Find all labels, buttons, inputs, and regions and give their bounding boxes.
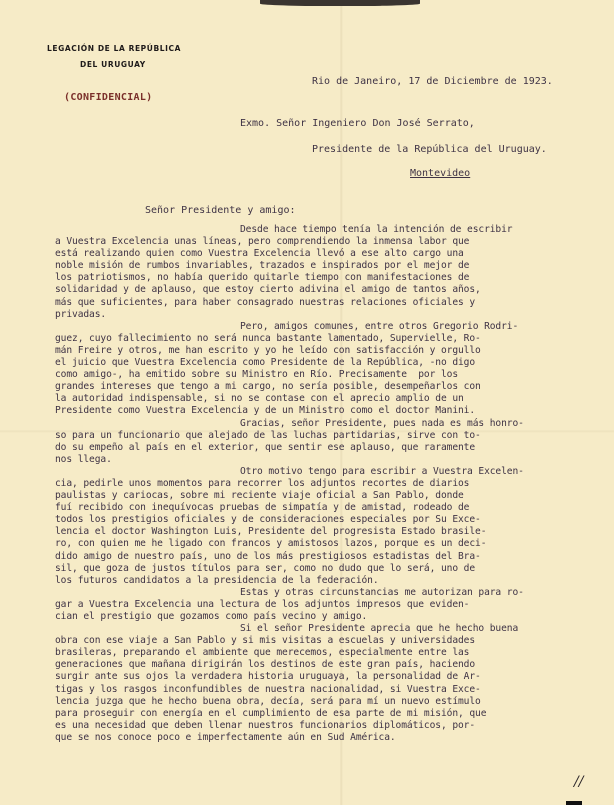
letter-paragraph: Gracias, señor Presidente, pues nada es …	[55, 418, 600, 466]
text-line: cia, pedirle unos momentos para recorrer…	[55, 478, 600, 490]
letter-paragraph: Pero, amigos comunes, entre otros Gregor…	[55, 321, 600, 418]
addressee-city: Montevideo	[410, 168, 470, 180]
text-line: Gracias, señor Presidente, pues nada es …	[55, 418, 600, 430]
text-line: fuí recibido con inequívocas pruebas de …	[55, 502, 600, 514]
text-line: cian el prestigio que gozamos como país …	[55, 611, 600, 623]
text-line: nos llega.	[55, 454, 600, 466]
text-line: para proseguir con energía en el cumplim…	[55, 708, 600, 720]
date-line: Rio de Janeiro, 17 de Diciembre de 1923.	[312, 76, 553, 88]
text-line: lencia juzga que he hecho buena obra, de…	[55, 696, 600, 708]
letter-paragraph: Otro motivo tengo para escribir a Vuestr…	[55, 466, 600, 587]
text-line: Otro motivo tengo para escribir a Vuestr…	[55, 466, 600, 478]
text-line: dido amigo de nuestro país, uno de los m…	[55, 551, 600, 563]
text-line: el juicio que Vuestra Excelencia como Pr…	[55, 357, 600, 369]
addressee-name: Exmo. Señor Ingeniero Don José Serrato,	[240, 118, 475, 130]
text-line: paulistas y cariocas, sobre mi reciente …	[55, 490, 600, 502]
bottom-edge-mark	[566, 801, 582, 805]
text-line: solidaridad y de aplauso, que estoy cier…	[55, 284, 600, 296]
text-line: so para un funcionario que alejado de la…	[55, 430, 600, 442]
paper-clip-shadow	[260, 0, 420, 6]
text-line: noble misión de rumbos invariables, traz…	[55, 260, 600, 272]
text-line: más que suficientes, para haber consagra…	[55, 297, 600, 309]
text-line: como amigo-, ha emitido sobre su Ministr…	[55, 369, 600, 381]
text-line: Desde hace tiempo tenía la intención de …	[55, 224, 600, 236]
text-line: los patriotismos, no había querido quita…	[55, 272, 600, 284]
text-line: Si el señor Presidente aprecia que he he…	[55, 623, 600, 635]
text-line: do su empeño al país en el exterior, que…	[55, 442, 600, 454]
text-line: todos los prestigios oficiales y de cons…	[55, 514, 600, 526]
text-line: generaciones que mañana dirigirán los de…	[55, 659, 600, 671]
text-line: obra con ese viaje a San Pablo y si mis …	[55, 635, 600, 647]
text-line: a Vuestra Excelencia unas líneas, pero c…	[55, 236, 600, 248]
addressee-title: Presidente de la República del Uruguay.	[312, 144, 547, 156]
text-line: es una necesidad que deben llenar nuestr…	[55, 720, 600, 732]
text-line: guez, cuyo fallecimiento no será nunca b…	[55, 333, 600, 345]
text-line: privadas.	[55, 309, 600, 321]
text-line: sil, que goza de justos títulos para ser…	[55, 563, 600, 575]
text-line: mán Freire y otros, me han escrito y yo …	[55, 345, 600, 357]
text-line: ro, con quien me he ligado con francos y…	[55, 538, 600, 550]
letter-paragraph: Desde hace tiempo tenía la intención de …	[55, 224, 600, 321]
text-line: Presidente como Vuestra Excelencia y de …	[55, 405, 600, 417]
letterhead-line-1: LEGACIÓN DE LA REPÚBLICA	[47, 44, 181, 53]
text-line: que se nos conoce poco e imperfectamente…	[55, 732, 600, 744]
letter-body: Desde hace tiempo tenía la intención de …	[55, 224, 600, 744]
text-line: Estas y otras circunstancias me autoriza…	[55, 587, 600, 599]
text-line: tigas y los rasgos inconfundibles de nue…	[55, 684, 600, 696]
text-line: está realizando quien como Vuestra Excel…	[55, 248, 600, 260]
page-continuation-mark: //	[574, 774, 583, 790]
text-line: Pero, amigos comunes, entre otros Gregor…	[55, 321, 600, 333]
text-line: los futuros candidatos a la presidencia …	[55, 575, 600, 587]
letterhead-line-2: DEL URUGUAY	[80, 60, 146, 69]
letter-paragraph: Si el señor Presidente aprecia que he he…	[55, 623, 600, 744]
text-line: surgir ante sus ojos la verdadera histor…	[55, 671, 600, 683]
text-line: grandes intereses que tengo a mi cargo, …	[55, 381, 600, 393]
confidential-stamp: (CONFIDENCIAL)	[64, 92, 153, 103]
text-line: lencia el doctor Washington Luis, Presid…	[55, 526, 600, 538]
salutation: Señor Presidente y amigo:	[145, 205, 296, 217]
text-line: gar a Vuestra Excelencia una lectura de …	[55, 599, 600, 611]
letter-paragraph: Estas y otras circunstancias me autoriza…	[55, 587, 600, 623]
text-line: la autoridad indispensable, si no se con…	[55, 393, 600, 405]
text-line: brasileras, preparando el ambiente que m…	[55, 647, 600, 659]
